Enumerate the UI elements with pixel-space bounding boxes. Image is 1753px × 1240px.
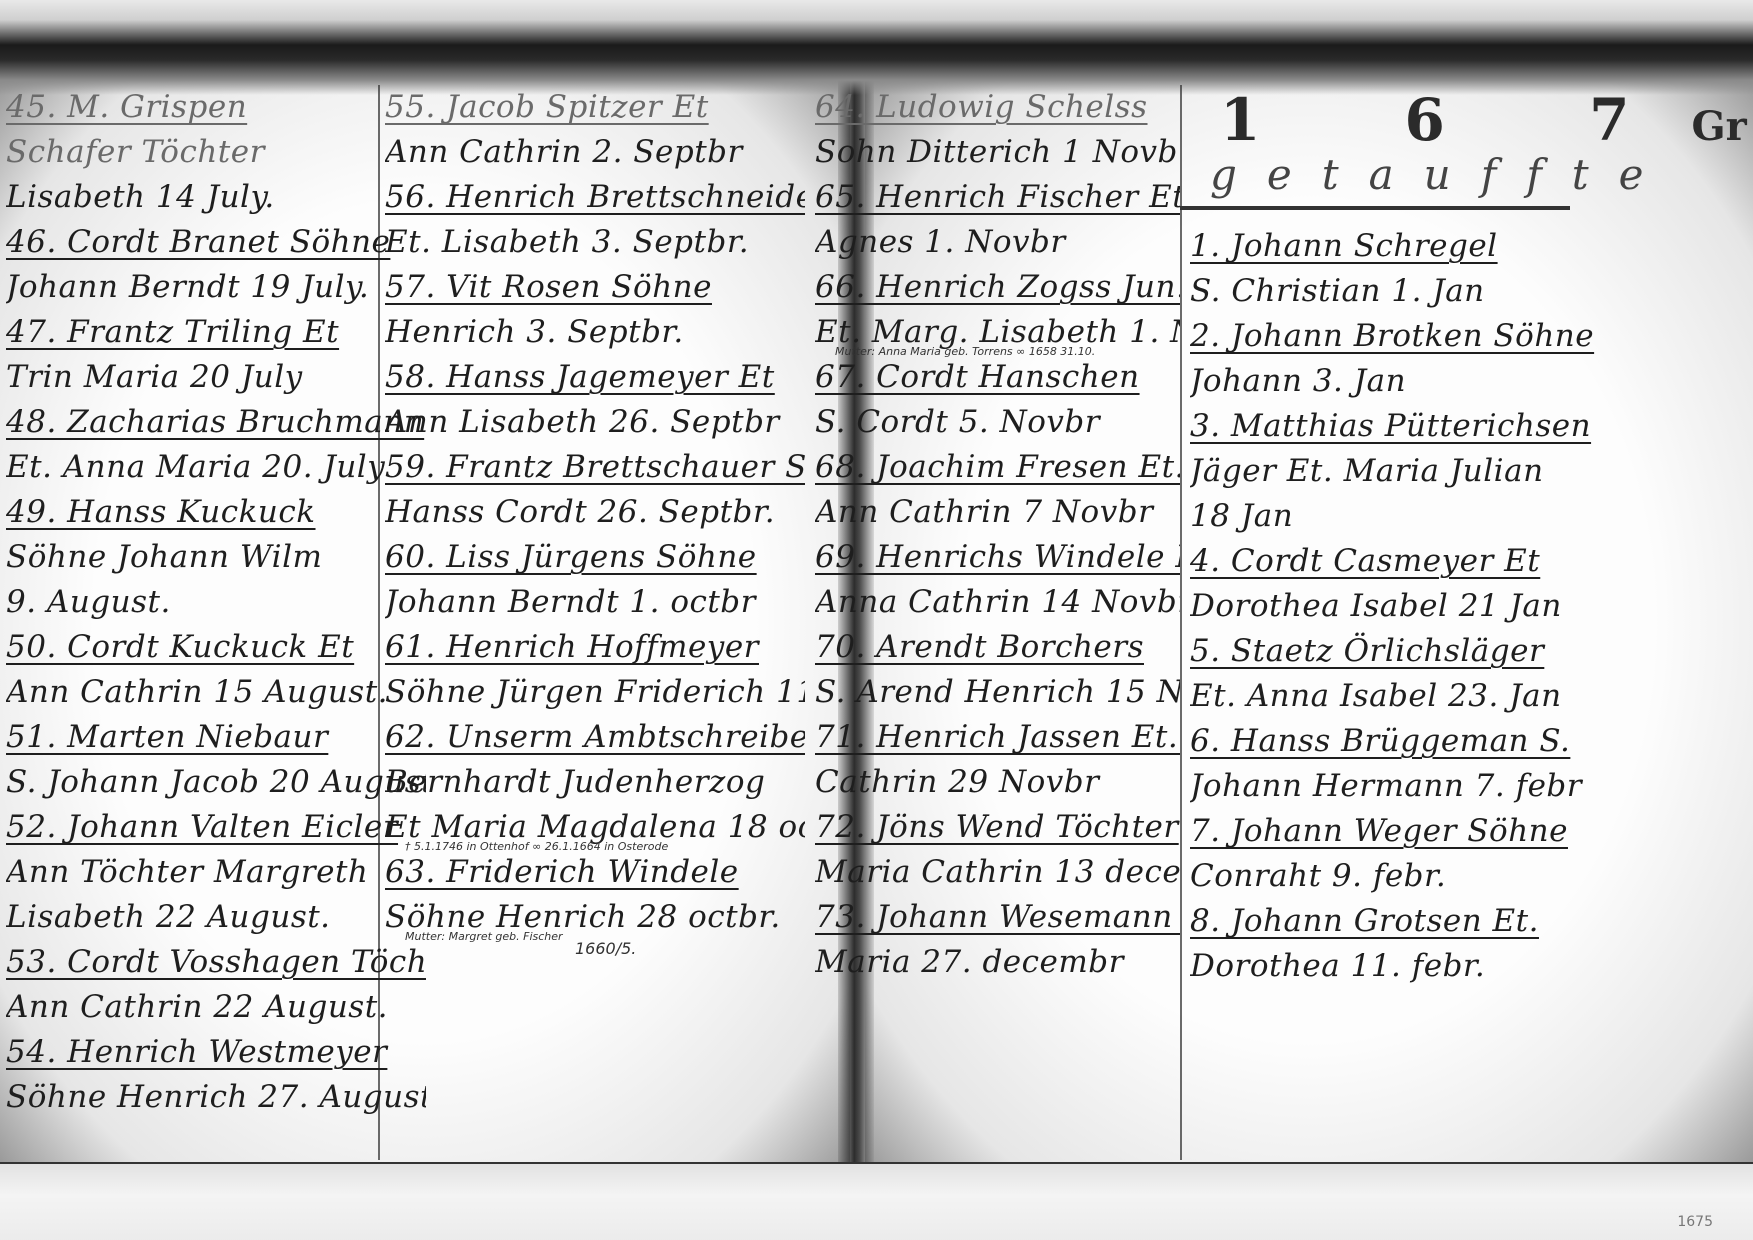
- register-entry: 67. Cordt HanschenS. Cordt 5. Novbr: [815, 355, 1180, 445]
- register-entry: 61. Henrich HoffmeyerSöhne Jürgen Frider…: [385, 625, 805, 715]
- entry-heading-line: 69. Henrichs Windele Et.: [815, 535, 1180, 580]
- register-entry: 46. Cordt Branet SöhneJohann Berndt 19 J…: [6, 220, 426, 310]
- register-entry: 71. Henrich Jassen Et. JesteCathrin 29 N…: [815, 715, 1180, 805]
- entry-heading-line: 55. Jacob Spitzer Et: [385, 85, 805, 130]
- entry-heading-line: 45. M. Grispen: [6, 85, 426, 130]
- entry-heading-line: 3. Matthias Pütterichsen: [1190, 404, 1750, 449]
- register-entry: 68. Joachim Fresen Et.Ann Cathrin 7 Novb…: [815, 445, 1180, 535]
- entry-detail-line: Maria 27. decembr: [815, 940, 1180, 985]
- register-entry: 53. Cordt Vosshagen TöchterAnn Cathrin 2…: [6, 940, 426, 1030]
- entry-detail-line: Henrich 3. Septbr.: [385, 310, 805, 355]
- entry-heading-line: 50. Cordt Kuckuck Et: [6, 625, 426, 670]
- entry-heading-line: 64. Ludowig Schelss: [815, 85, 1180, 130]
- entry-heading-line: 6. Hanss Brüggeman S.: [1190, 719, 1750, 764]
- entry-detail-line: Johann Berndt 19 July.: [6, 265, 426, 310]
- entry-detail-line: 9. August.: [6, 580, 426, 625]
- register-entry: 60. Liss Jürgens SöhneJohann Berndt 1. o…: [385, 535, 805, 625]
- entry-heading-line: 56. Henrich Brettschneider: [385, 175, 805, 220]
- register-entry: 7. Johann Weger SöhneConraht 9. febr.: [1190, 809, 1750, 899]
- entry-heading-line: 67. Cordt Hanschen: [815, 355, 1180, 400]
- register-entry: 51. Marten NiebaurS. Johann Jacob 20 Aug…: [6, 715, 426, 805]
- register-entry: 3. Matthias PütterichsenJäger Et. Maria …: [1190, 404, 1750, 539]
- entry-detail-line: Ann Cathrin 7 Novbr: [815, 490, 1180, 535]
- year-heading: 1 6 7Gr: [1190, 90, 1750, 150]
- entry-detail-line: S. Cordt 5. Novbr: [815, 400, 1180, 445]
- register-entry: 45. M. GrispenSchafer Töchter: [6, 85, 426, 175]
- pencil-annotation: 1660/5.: [385, 942, 805, 964]
- entry-detail-line: Dorothea 11. febr.: [1190, 944, 1750, 989]
- entry-heading-line: 54. Henrich Westmeyer: [6, 1030, 426, 1075]
- entry-heading-line: Lisabeth 14 July.: [6, 175, 426, 220]
- register-entry: 8. Johann Grotsen Et.Dorothea 11. febr.: [1190, 899, 1750, 989]
- column-3: 64. Ludowig SchelssSohn Ditterich 1 Novb…: [815, 85, 1180, 985]
- entry-detail-line: Maria Cathrin 13 decembr.: [815, 850, 1180, 895]
- entry-heading-line: Ann Cathrin 2. Septbr: [385, 130, 805, 175]
- register-entry: 50. Cordt Kuckuck EtAnn Cathrin 15 Augus…: [6, 625, 426, 715]
- entry-detail-line: Agnes 1. Novbr: [815, 220, 1180, 265]
- entry-heading-line: 66. Henrich Zogss Jun.: [815, 265, 1180, 310]
- entry-detail-line: Bernhardt Judenherzog: [385, 760, 805, 805]
- entry-heading-line: 2. Johann Brotken Söhne: [1190, 314, 1750, 359]
- entry-detail-line: Trin Maria 20 July: [6, 355, 426, 400]
- entry-detail-line: Jäger Et. Maria Julian: [1190, 449, 1750, 494]
- entry-detail-line: Hanss Cordt 26. Septbr.: [385, 490, 805, 535]
- entry-heading-line: 68. Joachim Fresen Et.: [815, 445, 1180, 490]
- entry-detail-line: Anna Cathrin 14 Novbr: [815, 580, 1180, 625]
- entry-heading-line: 5. Staetz Örlichsläger: [1190, 629, 1750, 674]
- entry-detail-line: S. Johann Jacob 20 August.: [6, 760, 426, 805]
- entry-detail-line: Ann Töchter Margreth: [6, 850, 426, 895]
- entry-heading-line: 53. Cordt Vosshagen Töchter: [6, 940, 426, 985]
- entry-heading-line: 65. Henrich Fischer Et.: [815, 175, 1180, 220]
- entry-detail-line: S. Christian 1. Jan: [1190, 269, 1750, 314]
- register-entry: Lisabeth 14 July.: [6, 175, 426, 220]
- column-4: 1 6 7Gr getauffte 1. Johann SchregelS. C…: [1190, 90, 1750, 989]
- entry-detail-line: Conraht 9. febr.: [1190, 854, 1750, 899]
- register-entry: 54. Henrich WestmeyerSöhne Henrich 27. A…: [6, 1030, 426, 1120]
- entry-heading-line: 51. Marten Niebaur: [6, 715, 426, 760]
- register-entry: 49. Hanss KuckuckSöhne Johann Wilm9. Aug…: [6, 490, 426, 625]
- entry-detail-line: 18 Jan: [1190, 494, 1750, 539]
- top-shadow: [0, 0, 1753, 95]
- register-entry: 62. Unserm AmbtschreiberBernhardt Judenh…: [385, 715, 805, 854]
- entry-heading-line: 70. Arendt Borchers: [815, 625, 1180, 670]
- entry-detail-line: Et. Anna Isabel 23. Jan: [1190, 674, 1750, 719]
- entry-detail-line: Cathrin 29 Novbr: [815, 760, 1180, 805]
- entry-heading-line: 59. Frantz Brettschauer S.: [385, 445, 805, 490]
- entry-heading-line: 60. Liss Jürgens Söhne: [385, 535, 805, 580]
- entry-heading-line: 1. Johann Schregel: [1190, 224, 1750, 269]
- column-1: 45. M. GrispenSchafer TöchterLisabeth 14…: [6, 85, 426, 1120]
- register-entry: 4. Cordt Casmeyer EtDorothea Isabel 21 J…: [1190, 539, 1750, 629]
- entry-heading-line: 63. Friderich Windele: [385, 850, 805, 895]
- bottom-margin: 1675: [0, 1162, 1753, 1240]
- entry-detail-line: Schafer Töchter: [6, 130, 426, 175]
- entry-heading-line: 52. Johann Valten Eicler: [6, 805, 426, 850]
- entry-detail-line: Söhne Henrich 27. August: [6, 1075, 426, 1120]
- register-entry: 72. Jöns Wend TöchterMaria Cathrin 13 de…: [815, 805, 1180, 895]
- register-entry: Sohn Ditterich 1 Novbr: [815, 130, 1180, 175]
- register-entry: 48. Zacharias BruchmannEt. Anna Maria 20…: [6, 400, 426, 490]
- column-2: 55. Jacob Spitzer EtAnn Cathrin 2. Septb…: [385, 85, 805, 960]
- register-entry: 56. Henrich BrettschneiderEt. Lisabeth 3…: [385, 175, 805, 265]
- entry-heading-line: 62. Unserm Ambtschreiber: [385, 715, 805, 760]
- entry-detail-line: Johann 3. Jan: [1190, 359, 1750, 404]
- entry-detail-line: Ann Cathrin 15 August.: [6, 670, 426, 715]
- entry-detail-line: Söhne Johann Wilm: [6, 535, 426, 580]
- register-entry: 6. Hanss Brüggeman S.Johann Hermann 7. f…: [1190, 719, 1750, 809]
- year-heading-suffix: Gr: [1691, 103, 1746, 150]
- register-entry: 69. Henrichs Windele Et.Anna Cathrin 14 …: [815, 535, 1180, 625]
- register-entry: 73. Johann Wesemann Et. AnnaMaria 27. de…: [815, 895, 1180, 985]
- column-4-entries: 1. Johann SchregelS. Christian 1. Jan2. …: [1190, 224, 1750, 989]
- entry-heading-line: 61. Henrich Hoffmeyer: [385, 625, 805, 670]
- column-rule-right: [1180, 85, 1182, 1160]
- entry-heading-line: 58. Hanss Jagemeyer Et: [385, 355, 805, 400]
- entry-heading-line: 72. Jöns Wend Töchter: [815, 805, 1180, 850]
- register-entry: Ann Cathrin 2. Septbr: [385, 130, 805, 175]
- entry-detail-line: Et. Lisabeth 3. Septbr.: [385, 220, 805, 265]
- register-entry: 5. Staetz ÖrlichslägerEt. Anna Isabel 23…: [1190, 629, 1750, 719]
- register-entry: 52. Johann Valten EiclerAnn Töchter Marg…: [6, 805, 426, 940]
- entry-detail-line: Johann Hermann 7. febr: [1190, 764, 1750, 809]
- section-heading: getauffte: [1190, 150, 1750, 200]
- entry-heading-line: 48. Zacharias Bruchmann: [6, 400, 426, 445]
- register-entry: 55. Jacob Spitzer Et: [385, 85, 805, 130]
- entry-detail-line: S. Arend Henrich 15 Novbr: [815, 670, 1180, 715]
- page-number-mark: 1675: [1677, 1214, 1713, 1230]
- entry-heading-line: 47. Frantz Triling Et: [6, 310, 426, 355]
- register-entry: 65. Henrich Fischer Et.Agnes 1. Novbr: [815, 175, 1180, 265]
- entry-detail-line: Söhne Jürgen Friderich 11. octbr: [385, 670, 805, 715]
- register-entry: 64. Ludowig Schelss: [815, 85, 1180, 130]
- entry-heading-line: 73. Johann Wesemann Et. Anna: [815, 895, 1180, 940]
- entry-heading-line: 49. Hanss Kuckuck: [6, 490, 426, 535]
- entry-detail-line: Johann Berndt 1. octbr: [385, 580, 805, 625]
- register-entry: 1. Johann SchregelS. Christian 1. Jan: [1190, 224, 1750, 314]
- register-entry: 57. Vit Rosen SöhneHenrich 3. Septbr.: [385, 265, 805, 355]
- entry-heading-line: 46. Cordt Branet Söhne: [6, 220, 426, 265]
- entry-detail-line: Lisabeth 22 August.: [6, 895, 426, 940]
- entry-heading-line: 8. Johann Grotsen Et.: [1190, 899, 1750, 944]
- heading-rule: [1180, 206, 1570, 210]
- scanned-register: 1675 45. M. GrispenSchafer TöchterLisabe…: [0, 0, 1753, 1240]
- entry-detail-line: Et. Anna Maria 20. July: [6, 445, 426, 490]
- register-entry: 47. Frantz Triling EtTrin Maria 20 July: [6, 310, 426, 400]
- entry-heading-line: 57. Vit Rosen Söhne: [385, 265, 805, 310]
- entry-heading-line: 71. Henrich Jassen Et. Jeste: [815, 715, 1180, 760]
- entry-heading-line: 4. Cordt Casmeyer Et: [1190, 539, 1750, 584]
- register-entry: 63. Friderich WindeleSöhne Henrich 28 oc…: [385, 850, 805, 964]
- register-entry: 66. Henrich Zogss Jun.Et. Marg. Lisabeth…: [815, 265, 1180, 359]
- register-entry: 59. Frantz Brettschauer S.Hanss Cordt 26…: [385, 445, 805, 535]
- entry-heading-line: Sohn Ditterich 1 Novbr: [815, 130, 1180, 175]
- year-heading-text: 1 6 7: [1220, 86, 1691, 154]
- register-entry: 70. Arendt BorchersS. Arend Henrich 15 N…: [815, 625, 1180, 715]
- entry-detail-line: Dorothea Isabel 21 Jan: [1190, 584, 1750, 629]
- register-entry: 2. Johann Brotken SöhneJohann 3. Jan: [1190, 314, 1750, 404]
- register-entry: 58. Hanss Jagemeyer EtAnn Lisabeth 26. S…: [385, 355, 805, 445]
- entry-detail-line: Ann Cathrin 22 August.: [6, 985, 426, 1030]
- entry-detail-line: Ann Lisabeth 26. Septbr: [385, 400, 805, 445]
- entry-heading-line: 7. Johann Weger Söhne: [1190, 809, 1750, 854]
